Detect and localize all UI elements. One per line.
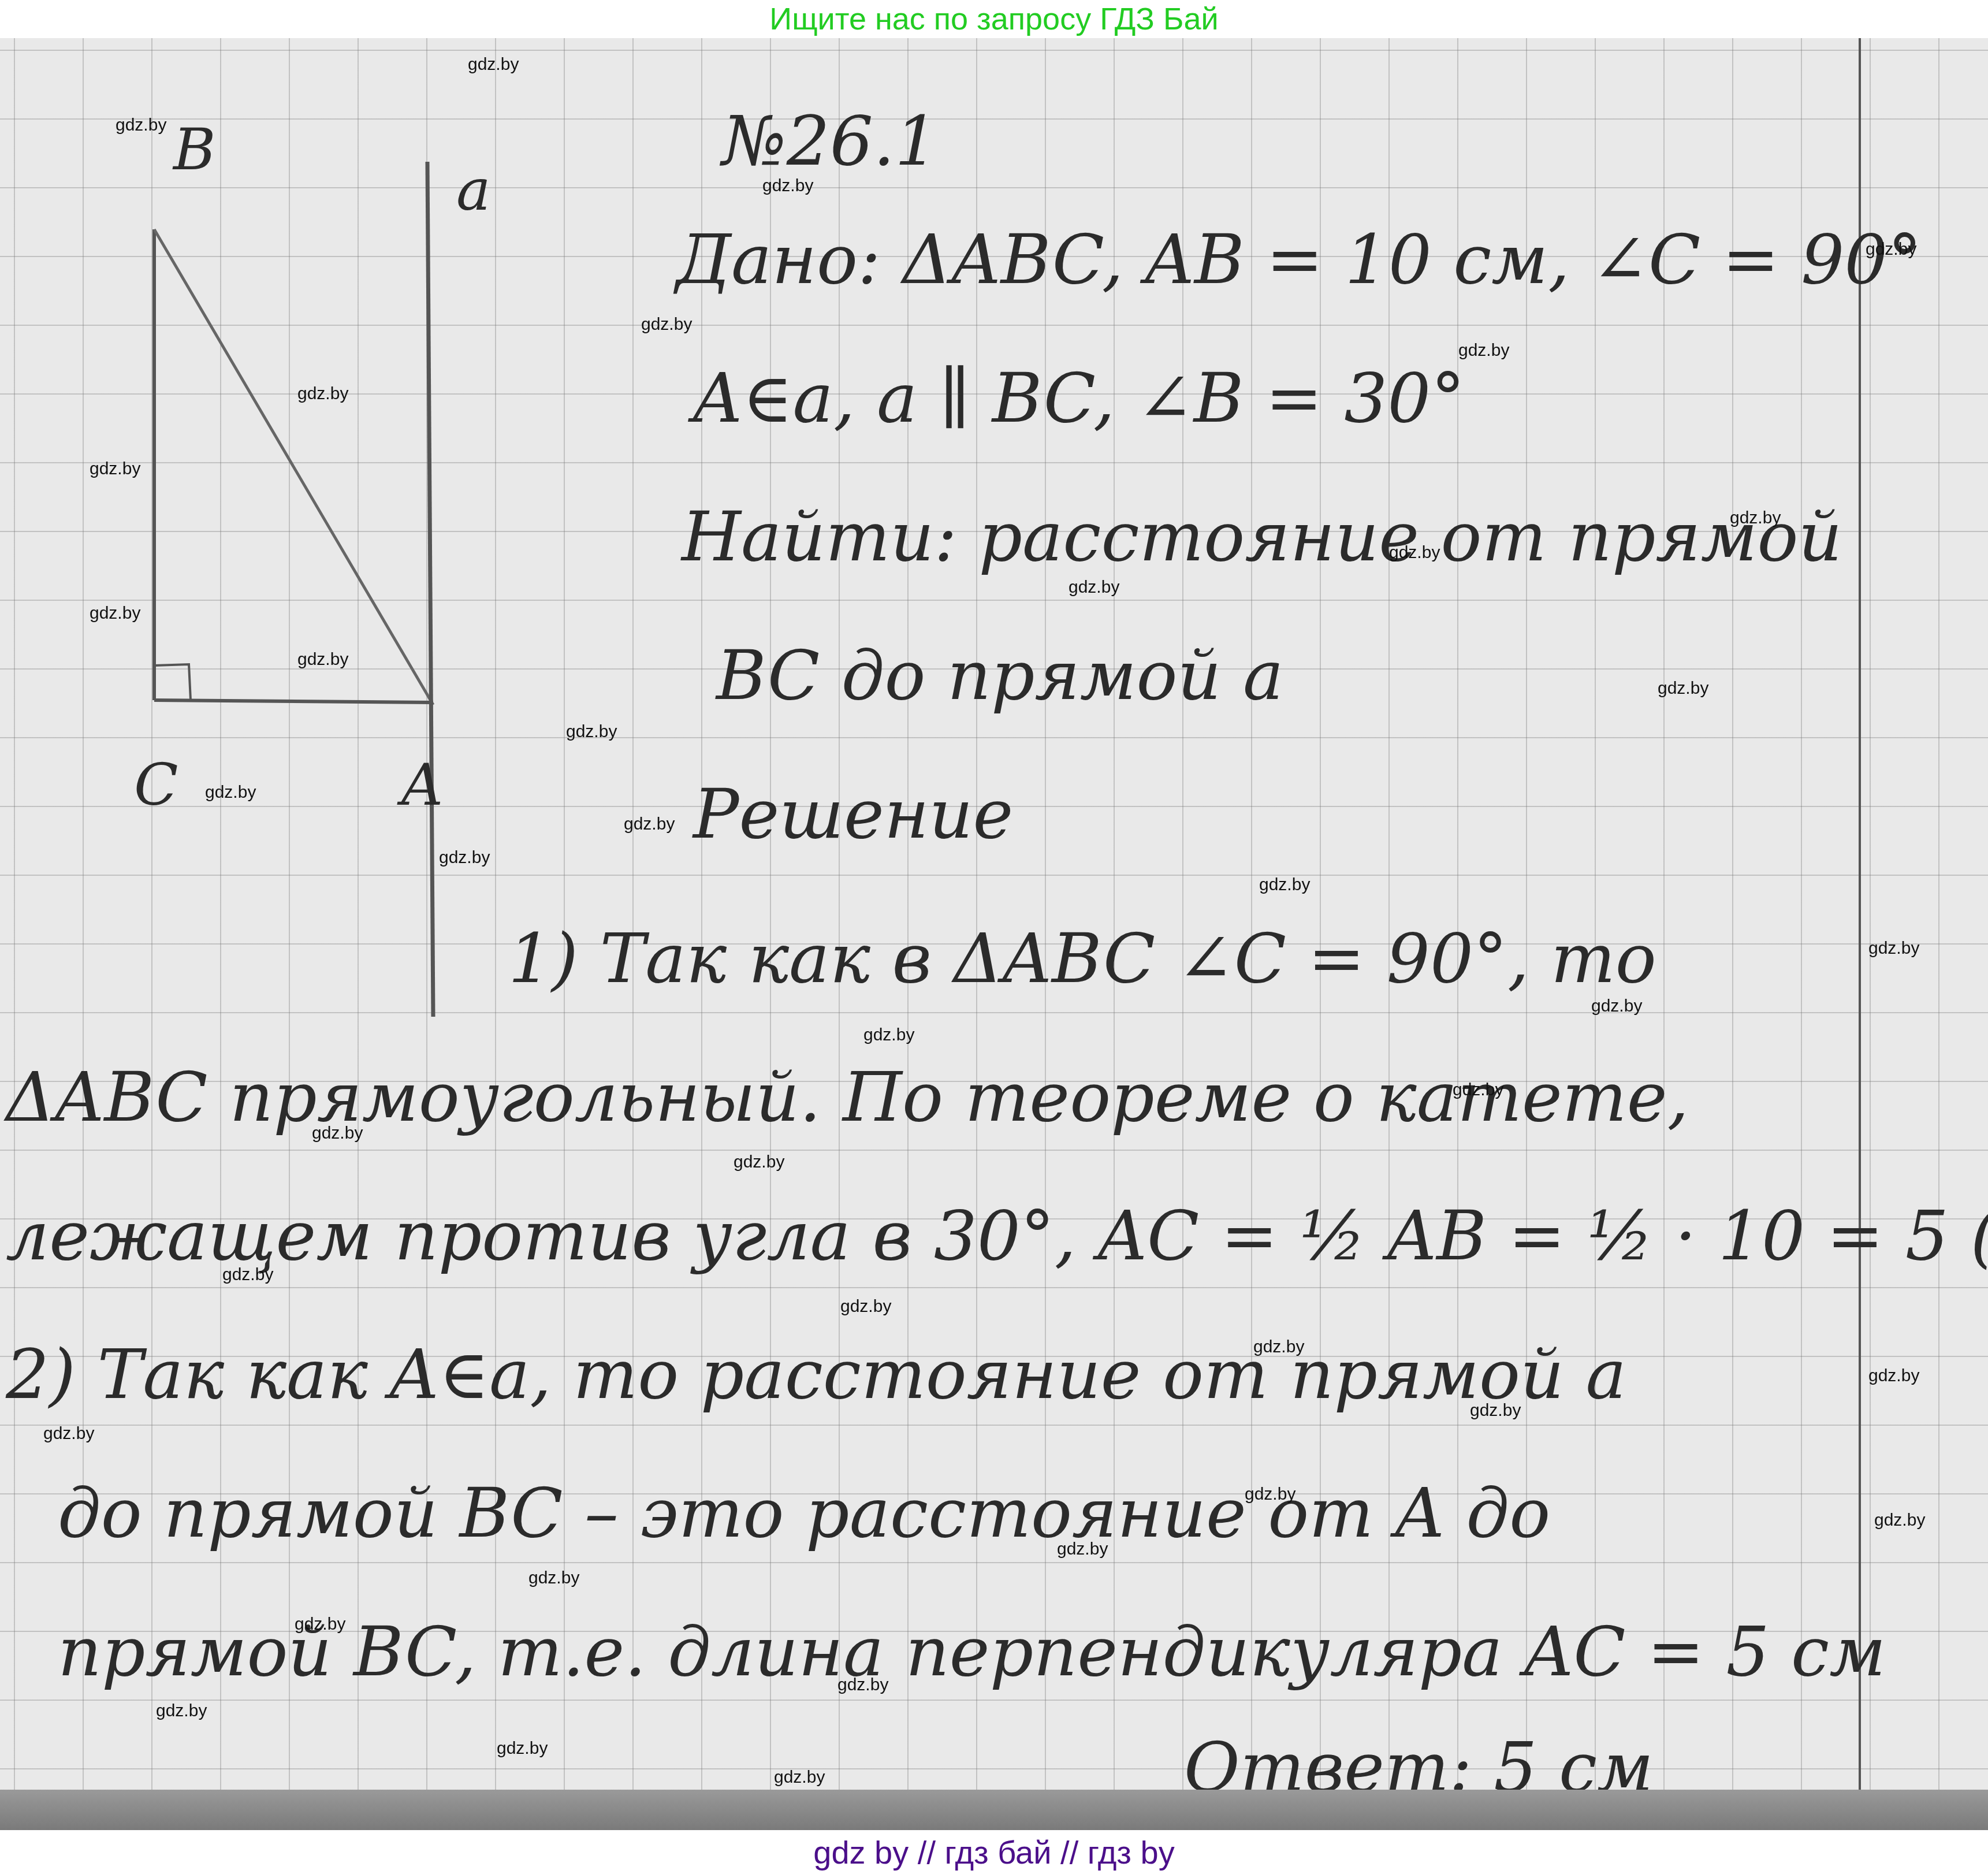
watermark: gdz.by: [1259, 875, 1310, 895]
step2-line-a: 2) Так как A∈a, то расстояние от прямой …: [6, 1334, 1626, 1414]
label-a-point: A: [401, 751, 443, 819]
watermark: gdz.by: [1874, 1511, 1925, 1530]
watermark: gdz.by: [312, 1124, 363, 1143]
watermark: gdz.by: [297, 650, 348, 670]
bottom-banner: gdz by // гдз бай // гдз by: [0, 1830, 1988, 1874]
side-ba: [154, 229, 433, 705]
watermark: gdz.by: [863, 1025, 914, 1045]
watermark: gdz.by: [1458, 341, 1509, 360]
step1-line-c: лежащем против угла в 30°, AC = ½ AB = ½…: [6, 1196, 1988, 1276]
step1-line-a: 1) Так как в ΔABC ∠C = 90°, то: [508, 919, 1656, 998]
watermark: gdz.by: [1057, 1540, 1108, 1559]
watermark: gdz.by: [222, 1265, 273, 1285]
watermark: gdz.by: [528, 1568, 579, 1588]
find-line-2: BC до прямой a: [716, 635, 1283, 715]
watermark: gdz.by: [1253, 1337, 1304, 1357]
watermark: gdz.by: [837, 1675, 888, 1695]
line-a: [427, 162, 433, 1017]
paper-edge: [0, 1790, 1988, 1830]
watermark: gdz.by: [297, 384, 348, 404]
watermark: gdz.by: [1389, 543, 1440, 563]
watermark: gdz.by: [43, 1424, 94, 1444]
watermark: gdz.by: [624, 815, 675, 834]
watermark: gdz.by: [1453, 1080, 1503, 1100]
step2-line-b: до прямой BC – это расстояние от A до: [58, 1473, 1550, 1553]
watermark: gdz.by: [1245, 1485, 1295, 1504]
watermark: gdz.by: [566, 722, 617, 742]
watermark: gdz.by: [734, 1152, 784, 1172]
side-ca: [154, 700, 433, 702]
label-b: B: [173, 116, 216, 183]
watermark: gdz.by: [116, 116, 166, 135]
watermark: gdz.by: [439, 848, 490, 868]
problem-number: №26.1: [722, 101, 938, 181]
watermark: gdz.by: [295, 1615, 345, 1634]
watermark: gdz.by: [774, 1768, 825, 1787]
watermark: gdz.by: [1658, 679, 1708, 698]
watermark: gdz.by: [1866, 240, 1916, 259]
watermark: gdz.by: [1868, 939, 1919, 958]
watermark: gdz.by: [1069, 578, 1119, 597]
solution-title: Решение: [693, 774, 1013, 854]
watermark: gdz.by: [90, 604, 140, 623]
label-c: C: [134, 751, 178, 819]
watermark: gdz.by: [1591, 997, 1642, 1016]
watermark: gdz.by: [762, 176, 813, 196]
watermark: gdz.by: [840, 1297, 891, 1317]
given-line-2: A∈a, a ∥ BC, ∠B = 30°: [693, 358, 1465, 438]
watermark: gdz.by: [1470, 1401, 1521, 1421]
watermark: gdz.by: [468, 55, 519, 75]
watermark: gdz.by: [497, 1739, 548, 1758]
right-angle-mark: [154, 664, 191, 700]
watermark: gdz.by: [205, 783, 256, 802]
find-line-1: Найти: расстояние от прямой: [682, 497, 1842, 577]
watermark: gdz.by: [1868, 1366, 1919, 1386]
given-line-1: Дано: ΔABC, AB = 10 см, ∠C = 90°: [676, 220, 1922, 299]
watermark: gdz.by: [641, 315, 692, 334]
watermark: gdz.by: [156, 1701, 207, 1721]
step1-line-b: ΔABC прямоугольный. По теореме о катете,: [6, 1057, 1689, 1137]
label-a-line: a: [456, 156, 491, 224]
watermark: gdz.by: [1730, 508, 1781, 528]
watermark: gdz.by: [90, 459, 140, 479]
